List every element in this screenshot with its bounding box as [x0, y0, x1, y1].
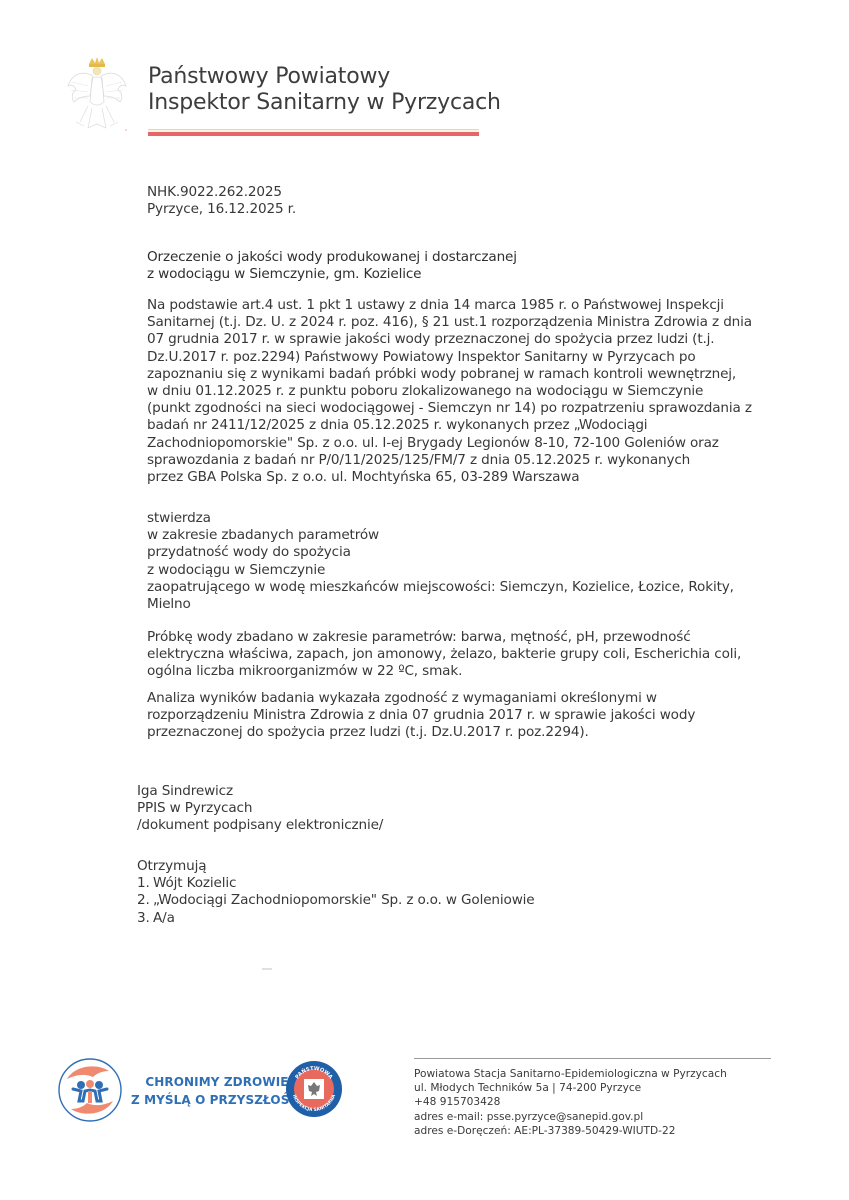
signature-block: Iga Sindrewicz PPIS w Pyrzycach /dokumen… — [137, 783, 383, 835]
slogan-line: CHRONIMY ZDROWIE — [131, 1073, 303, 1091]
station-name: Powiatowa Stacja Sanitarno-Epidemiologic… — [414, 1067, 727, 1081]
recipient-name: A/a — [153, 910, 175, 927]
recipients-heading: Otrzymują — [137, 858, 535, 875]
legal-basis-paragraph: Na podstawie art.4 ust. 1 pkt 1 ustawy z… — [147, 297, 707, 486]
list-item: 2. „Wodociągi Zachodniopomorskie" Sp. z … — [137, 892, 535, 909]
analysis-result-paragraph: Analiza wyników badania wykazała zgodnoś… — [147, 690, 717, 742]
list-number: 1. — [137, 875, 153, 892]
paragraph-line: sprawozdania z badań nr P/0/11/2025/125/… — [147, 452, 707, 469]
decision-line: przydatność wody do spożycia — [147, 544, 717, 561]
list-number: 2. — [137, 892, 153, 909]
document-reference: NHK.9022.262.2025 Pyrzyce, 16.12.2025 r. — [147, 184, 296, 218]
decision-line: z wodociągu w Siemczynie — [147, 562, 717, 579]
slogan-line: Z MYŚLĄ O PRZYSZŁOŚCI — [131, 1091, 303, 1109]
decision-line: stwierdza — [147, 510, 717, 527]
recipient-name: Wójt Kozielic — [153, 875, 236, 892]
title-line: Orzeczenie o jakości wody produkowanej i… — [147, 249, 517, 266]
station-phone: +48 915703428 — [414, 1095, 727, 1109]
paragraph-line: Sanitarnej (t.j. Dz. U. z 2024 r. poz. 4… — [147, 314, 707, 331]
paragraph-line: badań nr 2411/12/2025 z dnia 05.12.2025 … — [147, 417, 707, 434]
recipient-name: „Wodociągi Zachodniopomorskie" Sp. z o.o… — [153, 892, 535, 909]
polish-eagle-emblem-icon — [66, 56, 128, 134]
paragraph-line: Analiza wyników badania wykazała zgodnoś… — [147, 690, 717, 707]
header-divider — [148, 129, 479, 136]
signatory-position: PPIS w Pyrzycach — [137, 800, 383, 817]
parameters-paragraph: Próbkę wody zbadano w zakresie parametró… — [147, 629, 717, 681]
paragraph-line: Próbkę wody zbadano w zakresie parametró… — [147, 629, 717, 646]
signatory-name: Iga Sindrewicz — [137, 783, 383, 800]
institution-name-line: Inspektor Sanitarny w Pyrzycach — [148, 90, 501, 116]
contact-info: Powiatowa Stacja Sanitarno-Epidemiologic… — [414, 1067, 727, 1138]
paragraph-line: rozporządzeniu Ministra Zdrowia z dnia 0… — [147, 707, 717, 724]
people-in-hands-logo-icon — [57, 1057, 123, 1123]
decision-line: zaopatrującego w wodę mieszkańców miejsc… — [147, 579, 717, 596]
decision-line: w zakresie zbadanych parametrów — [147, 527, 717, 544]
paragraph-line: 07 grudnia 2017 r. w sprawie jakości wod… — [147, 331, 707, 348]
list-number: 3. — [137, 910, 153, 927]
institution-name-line: Państwowy Powiatowy — [148, 64, 501, 90]
paragraph-line: elektryczna właściwa, zapach, jon amonow… — [147, 646, 717, 663]
recipients-block: Otrzymują 1. Wójt Kozielic 2. „Wodociągi… — [137, 858, 535, 927]
paragraph-line: ogólna liczba mikroorganizmów w 22 ºC, s… — [147, 663, 717, 680]
footer-divider — [414, 1058, 771, 1059]
station-address: ul. Młodych Techników 5a | 74-200 Pyrzyc… — [414, 1081, 727, 1095]
paragraph-line: w dniu 01.12.2025 r. z punktu poboru zlo… — [147, 383, 707, 400]
station-e-delivery-address: adres e-Doręczeń: AE:PL-37389-50429-WIUT… — [414, 1124, 727, 1138]
place-date: Pyrzyce, 16.12.2025 r. — [147, 201, 296, 218]
sanitary-inspection-seal-icon: PAŃSTWOWA INSPEKCJA SANITARNA — [285, 1060, 343, 1118]
paragraph-line: (punkt zgodności na sieci wodociągowej -… — [147, 400, 707, 417]
paragraph-line: zapoznaniu się z wynikami badań próbki w… — [147, 366, 707, 383]
campaign-slogan: CHRONIMY ZDROWIE Z MYŚLĄ O PRZYSZŁOŚCI — [131, 1073, 303, 1109]
paragraph-line: przez GBA Polska Sp. z o.o. ul. Mochtyńs… — [147, 469, 707, 486]
electronic-signature-note: /dokument podpisany elektronicznie/ — [137, 817, 383, 834]
document-title: Orzeczenie o jakości wody produkowanej i… — [147, 249, 517, 283]
paragraph-line: przeznaczonej do spożycia przez ludzi (t… — [147, 724, 717, 741]
title-line: z wodociągu w Siemczynie, gm. Kozielice — [147, 266, 517, 283]
station-email[interactable]: adres e-mail: psse.pyrzyce@sanepid.gov.p… — [414, 1110, 727, 1124]
paragraph-line: Zachodniopomorskie" Sp. z o.o. ul. I-ej … — [147, 435, 707, 452]
decision-statement: stwierdzaw zakresie zbadanych parametrów… — [147, 510, 717, 613]
recipients-list: 1. Wójt Kozielic 2. „Wodociągi Zachodnio… — [137, 875, 535, 927]
paragraph-line: Na podstawie art.4 ust. 1 pkt 1 ustawy z… — [147, 297, 707, 314]
paragraph-line: Dz.U.2017 r. poz.2294) Państwowy Powiato… — [147, 349, 707, 366]
case-number: NHK.9022.262.2025 — [147, 184, 296, 201]
list-item: 1. Wójt Kozielic — [137, 875, 535, 892]
list-item: 3. A/a — [137, 910, 535, 927]
scan-mark — [262, 968, 272, 970]
decision-line: Mielno — [147, 596, 717, 613]
institution-name: Państwowy Powiatowy Inspektor Sanitarny … — [148, 64, 501, 116]
